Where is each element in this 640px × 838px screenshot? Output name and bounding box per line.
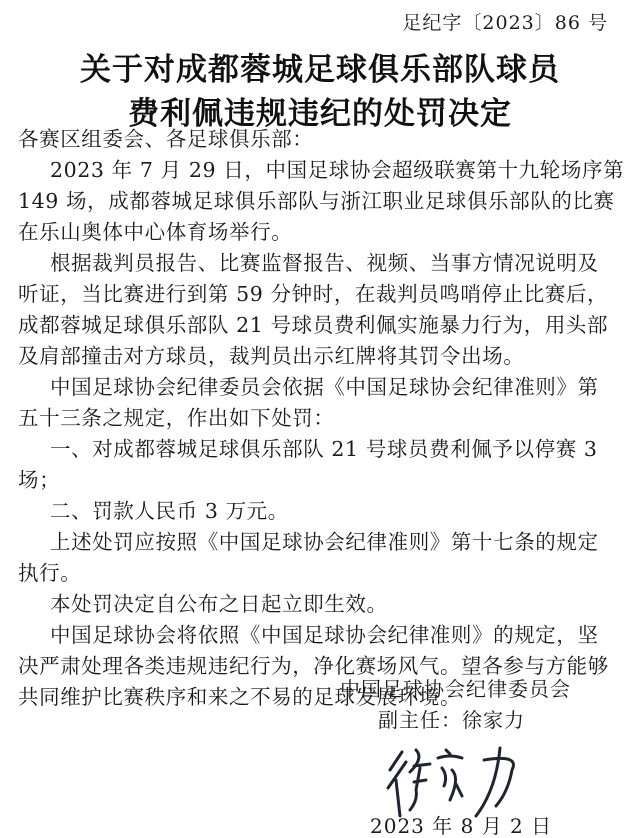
document-number: 足纪字〔2023〕86 号 <box>402 8 608 35</box>
body-line: 在乐山奥体中心体育场举行。 <box>18 215 292 245</box>
salutation: 各赛区组委会、各足球俱乐部： <box>18 122 313 152</box>
body-line: 及肩部撞击对方球员，裁判员出示红牌将其罚令出场。 <box>18 339 524 369</box>
body-line: 根据裁判员报告、比赛监督报告、视频、当事方情况说明及 <box>50 246 599 276</box>
body-line: 中国足球协会将依照《中国足球协会纪律准则》的规定，坚 <box>50 618 599 648</box>
body-line: 上述处罚应按照《中国足球协会纪律准则》第十七条的规定 <box>50 525 599 555</box>
body-line: 2023 年 7 月 29 日，中国足球协会超级联赛第十九轮场序第 <box>50 153 624 183</box>
signer-title: 副主任：徐家力 <box>378 704 525 733</box>
body-line: 149 场，成都蓉城足球俱乐部队与浙江职业足球俱乐部队的比赛 <box>18 184 615 214</box>
penalty-item-2: 二、罚款人民币 3 万元。 <box>50 494 289 524</box>
body-line: 成都蓉城足球俱乐部队 21 号球员费利佩实施暴力行为，用头部 <box>18 308 608 338</box>
body-line: 五十三条之规定，作出如下处罚： <box>18 401 335 431</box>
body-line: 中国足球协会纪律委员会依据《中国足球协会纪律准则》第 <box>50 370 599 400</box>
body-line: 听证，当比赛进行到第 59 分钟时，在裁判员鸣哨停止比赛后， <box>18 277 608 307</box>
penalty-item-1: 一、对成都蓉城足球俱乐部队 21 号球员费利佩予以停赛 3 <box>50 432 598 462</box>
body-line: 场； <box>18 463 60 493</box>
handwritten-signature <box>380 740 540 820</box>
body-line: 本处罚决定自公布之日起立即生效。 <box>50 587 388 617</box>
signing-organization: 中国足球协会纪律委员会 <box>340 673 571 702</box>
document-title-line-1: 关于对成都蓉城足球俱乐部队球员 <box>0 44 640 89</box>
body-line: 执行。 <box>18 556 81 586</box>
document-date: 2023 年 8 月 2 日 <box>370 810 552 838</box>
